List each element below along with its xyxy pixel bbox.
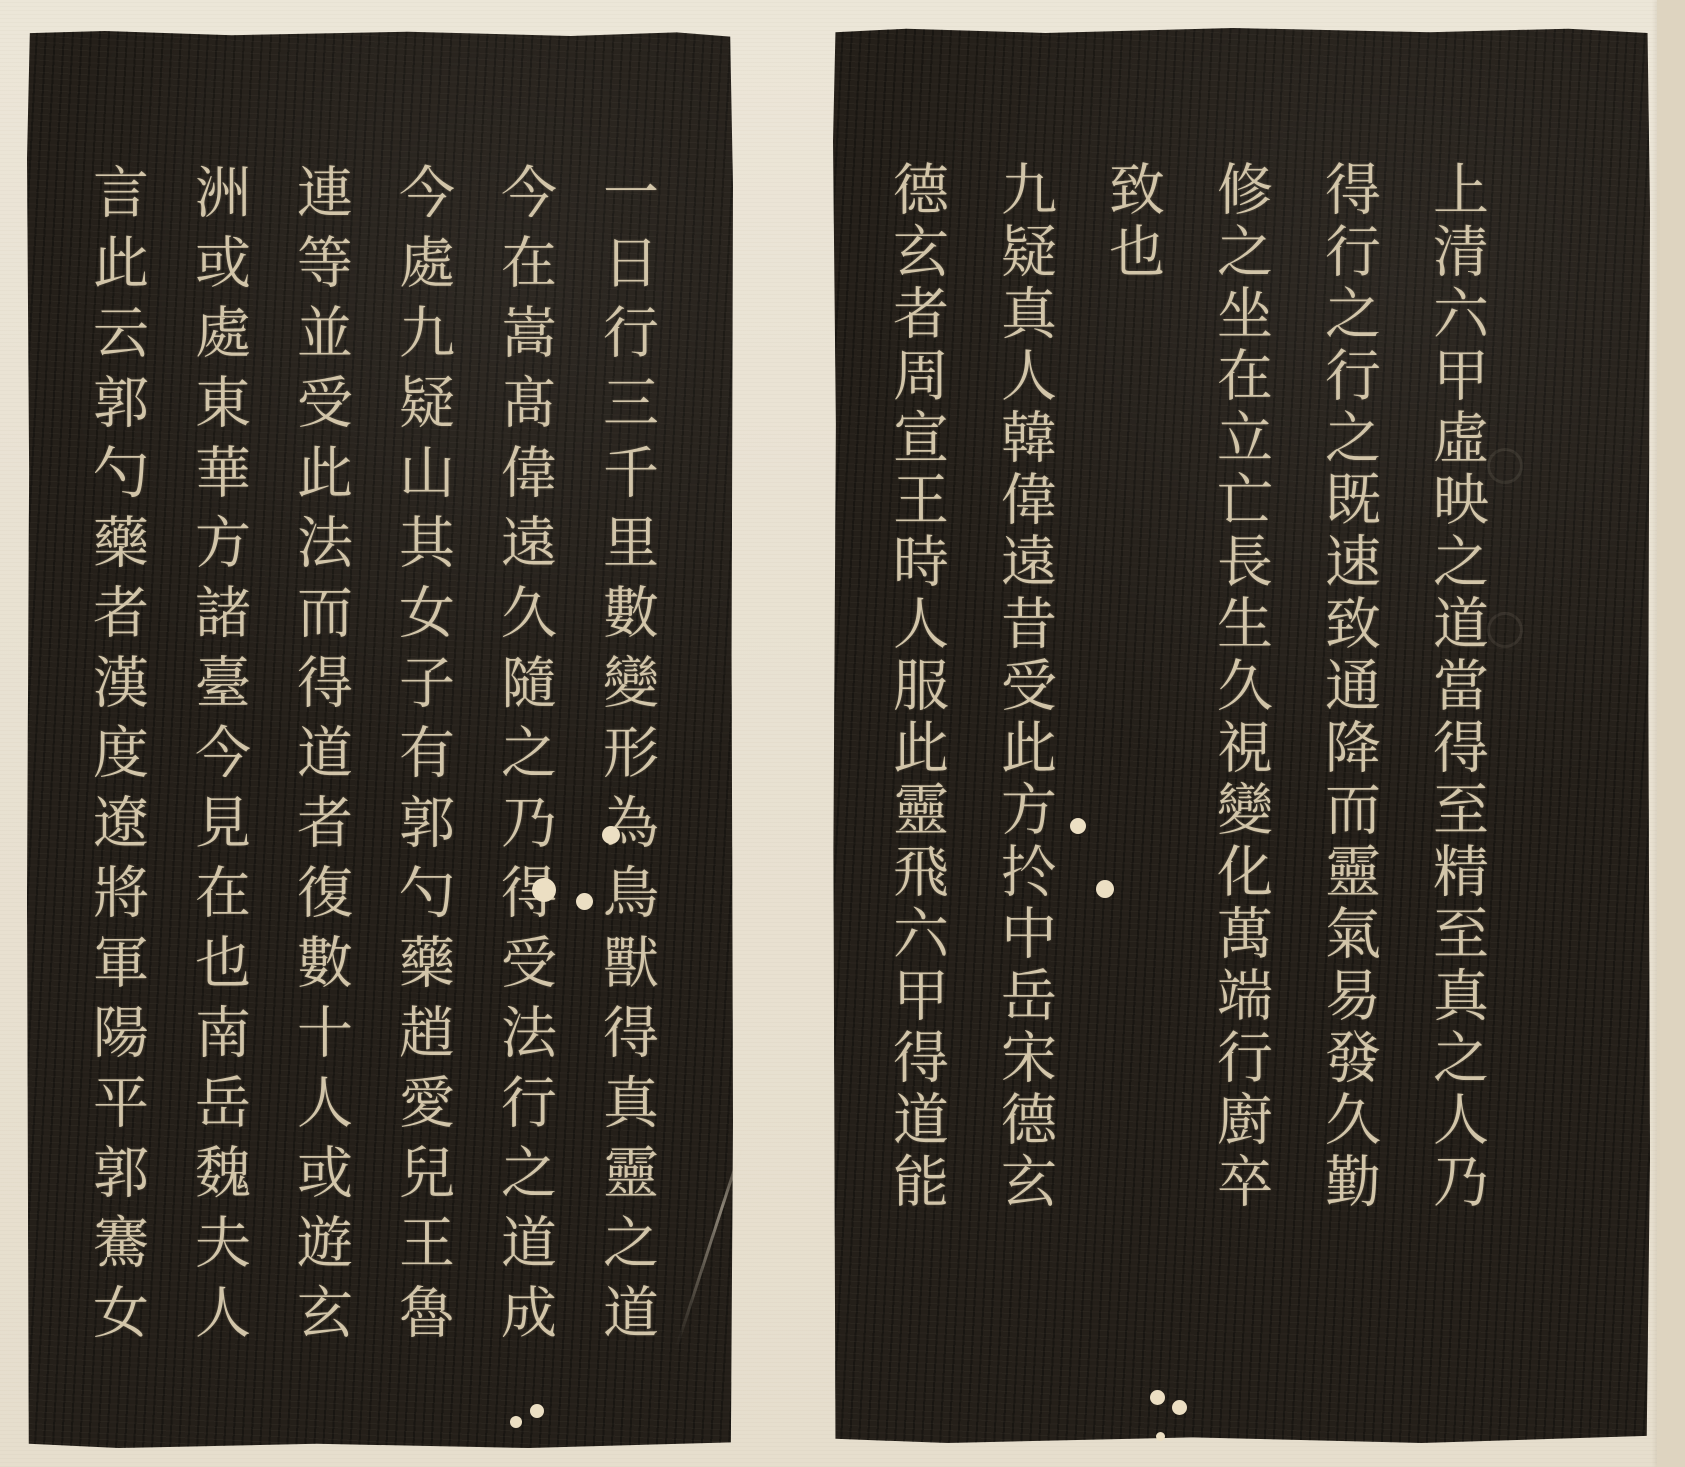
text-column: 致也 (1078, 160, 1186, 1443)
paper-spot (1070, 818, 1086, 834)
text-column: 德玄者周宣王時人服此靈飛六甲得道能 (862, 160, 970, 1443)
text-column: 上清六甲虛映之道當得至精至真之人乃 (1402, 160, 1510, 1443)
paper-spot (532, 878, 556, 902)
paper-spot (1156, 1432, 1165, 1441)
text-column: 連等並受此法而得道者復數十人或遊玄 (269, 163, 371, 1448)
text-column: 一日行三千里數變形為鳥獸得真靈之道 (575, 163, 677, 1448)
text-column: 洲或處東華方諸臺今見在也南岳魏夫人 (167, 163, 269, 1448)
paper-spot (530, 1404, 544, 1418)
left-rubbing-panel: 一日行三千里數變形為鳥獸得真靈之道 今在嵩髙偉遠久隨之乃得受法行之道成 今處九疑… (27, 31, 733, 1448)
text-column: 今處九疑山其女子有郭勺藥趙愛兒王魯 (371, 163, 473, 1448)
faint-ring-stain (1487, 612, 1523, 648)
paper-edge-seam (1657, 0, 1685, 1467)
paper-spot (602, 826, 620, 844)
paper-spot (1096, 880, 1114, 898)
faint-ring-stain (1487, 448, 1523, 484)
text-column: 修之坐在立亡長生久視變化萬端行廚卒 (1186, 160, 1294, 1443)
paper-spot (576, 893, 593, 910)
paper-spot (510, 1416, 522, 1428)
text-column: 言此云郭勺藥者漢度遼將軍陽平郭騫女 (65, 163, 167, 1448)
left-panel-text-block: 一日行三千里數變形為鳥獸得真靈之道 今在嵩髙偉遠久隨之乃得受法行之道成 今處九疑… (27, 31, 733, 1448)
text-column: 得行之行之既速致通降而靈氣易發久勤 (1294, 160, 1402, 1443)
paper-spot (1172, 1400, 1187, 1415)
right-panel-text-block: 上清六甲虛映之道當得至精至真之人乃 得行之行之既速致通降而靈氣易發久勤 修之坐在… (833, 28, 1650, 1443)
paper-spot (1150, 1390, 1165, 1405)
text-column: 今在嵩髙偉遠久隨之乃得受法行之道成 (473, 163, 575, 1448)
text-column: 九疑真人韓偉遠昔受此方扵中岳宋德玄 (970, 160, 1078, 1443)
right-rubbing-panel: 上清六甲虛映之道當得至精至真之人乃 得行之行之既速致通降而靈氣易發久勤 修之坐在… (833, 28, 1650, 1443)
